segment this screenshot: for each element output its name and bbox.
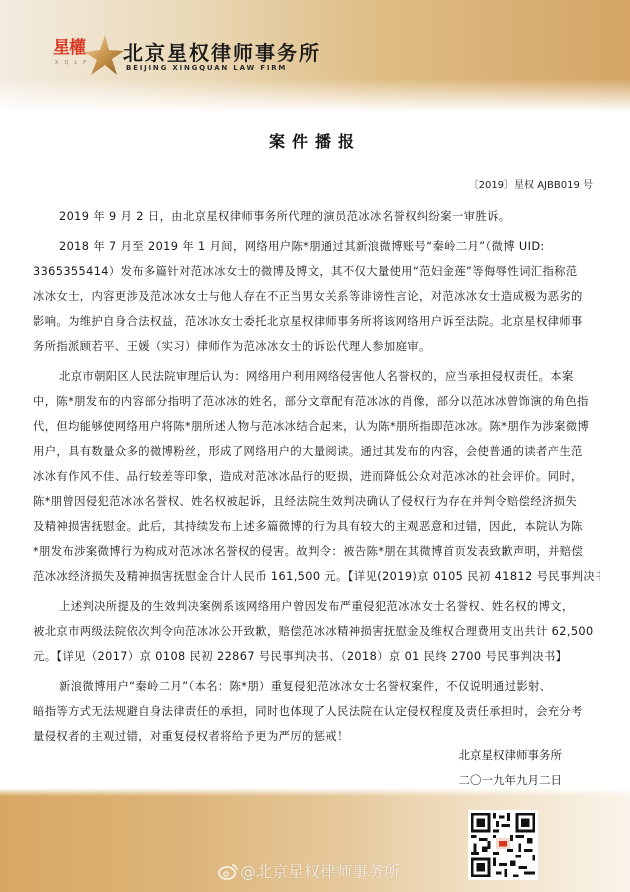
text-line: 3365355414）发布多篇针对范冰冰女士的微博及博文，其不仅大量使用“范妇金…: [33, 259, 600, 284]
text-line: 务所指派顾若平、王媛（实习）律师作为范冰冰女士的诉讼代理人参加庭审。: [33, 334, 600, 359]
text-line: 新浪微博用户“秦岭二月”（本名：陈*朋）重复侵犯范冰冰女士名誉权案件，不仅说明通…: [33, 674, 600, 699]
text-line: 范冰冰经济损失及精神损害抚慰金合计人民币 161,500 元。【详见(2019)…: [33, 564, 600, 589]
qr-code[interactable]: [468, 810, 538, 880]
firm-name-en: BEIJING XINGQUAN LAW FIRM: [126, 64, 287, 72]
text-line: 中，陈*朋发布的内容部分指明了范冰冰的姓名，部分文章配有范冰冰的肖像，部分以范冰…: [33, 389, 600, 414]
text-line: *朋发布涉案微博行为构成对范冰冰名誉权的侵害。故判令：被告陈*朋在其微博首页发表…: [33, 539, 600, 564]
text-line: 暗指等方式无法规避自身法律责任的承担，同时也体现了人民法院在认定侵权程度及责任承…: [33, 699, 600, 724]
text-line: 陈*朋曾因侵犯范冰冰名誉权、姓名权被起诉，且经法院生效判决确认了侵权行为存在并判…: [33, 489, 600, 514]
text-line: 用户，具有数量众多的微博粉丝，形成了网络用户的大量阅读。通过其发布的内容，会使普…: [33, 439, 600, 464]
document-body: 2019 年 9 月 2 日，由北京星权律师事务所代理的演员范冰冰名誉权纠纷案一…: [33, 204, 600, 754]
paragraph-3: 北京市朝阳区人民法院审理后认为：网络用户利用网络侵害他人名誉权的，应当承担侵权责…: [33, 364, 600, 589]
text-line: 2018 年 7 月至 2019 年 1 月间，网络用户陈*朋通过其新浪微博账号…: [33, 234, 600, 259]
text-line: 元。【详见（2017）京 0108 民初 22867 号民事判决书、（2018）…: [33, 644, 600, 669]
signature-block: 北京星权律师事务所 二〇一九年九月二日: [459, 742, 563, 792]
text-line: 及精神损害抚慰金。此后，其持续发布上述多篇微博的行为具有较大的主观恶意和过错，因…: [33, 514, 600, 539]
text-line: 上述判决所提及的生效判决案例系该网络用户曾因发布严重侵犯范冰冰女士名誉权、姓名权…: [33, 594, 600, 619]
paragraph-4: 上述判决所提及的生效判决案例系该网络用户曾因发布严重侵犯范冰冰女士名誉权、姓名权…: [33, 594, 600, 669]
text-line: 影响。为维护自身合法权益，范冰冰女士委托北京星权律师事务所将该网络用户诉至法院。…: [33, 309, 600, 334]
paragraph-2: 2018 年 7 月至 2019 年 1 月间，网络用户陈*朋通过其新浪微博账号…: [33, 234, 600, 359]
document-title: 案件播报: [0, 129, 630, 152]
text-line: 2019 年 9 月 2 日，由北京星权律师事务所代理的演员范冰冰名誉权纠纷案一…: [33, 204, 600, 229]
weibo-handle: @北京星权律师事务所: [240, 862, 400, 881]
text-line: 冰冰有作风不佳、品行较差等印象，造成对范冰冰品行的贬损，进而降低公众对范冰冰的社…: [33, 464, 600, 489]
weibo-icon: [218, 863, 238, 880]
firm-name-cn: 北京星权律师事务所: [123, 37, 321, 66]
weibo-watermark: @北京星权律师事务所: [218, 859, 400, 882]
text-line: 代，但均能够使网络用户将陈*朋所述人物与范冰冰结合起来，认为陈*朋所指即范冰冰。…: [33, 414, 600, 439]
text-line: 冰冰女士，内容更涉及范冰冰女士与他人存在不正当男女关系等诽谤性言论，对范冰冰女士…: [33, 284, 600, 309]
letterhead-banner: 星權 XQLF 北京星权律师事务所 BEIJING XINGQUAN LAW F…: [0, 0, 630, 112]
text-line: 北京市朝阳区人民法院审理后认为：网络用户利用网络侵害他人名誉权的，应当承担侵权责…: [33, 364, 600, 389]
star-icon: [83, 33, 125, 77]
text-line: 被北京市两级法院依次判令向范冰冰公开致歉，赔偿范冰冰精神损害抚慰金及维权合理费用…: [33, 619, 600, 644]
signature-firm: 北京星权律师事务所: [459, 742, 563, 768]
document-number: 〔2019〕星权 AJBB019 号: [469, 176, 593, 191]
paragraph-1: 2019 年 9 月 2 日，由北京星权律师事务所代理的演员范冰冰名誉权纠纷案一…: [33, 204, 600, 229]
paragraph-5: 新浪微博用户“秦岭二月”（本名：陈*朋）重复侵犯范冰冰女士名誉权案件，不仅说明通…: [33, 674, 600, 749]
